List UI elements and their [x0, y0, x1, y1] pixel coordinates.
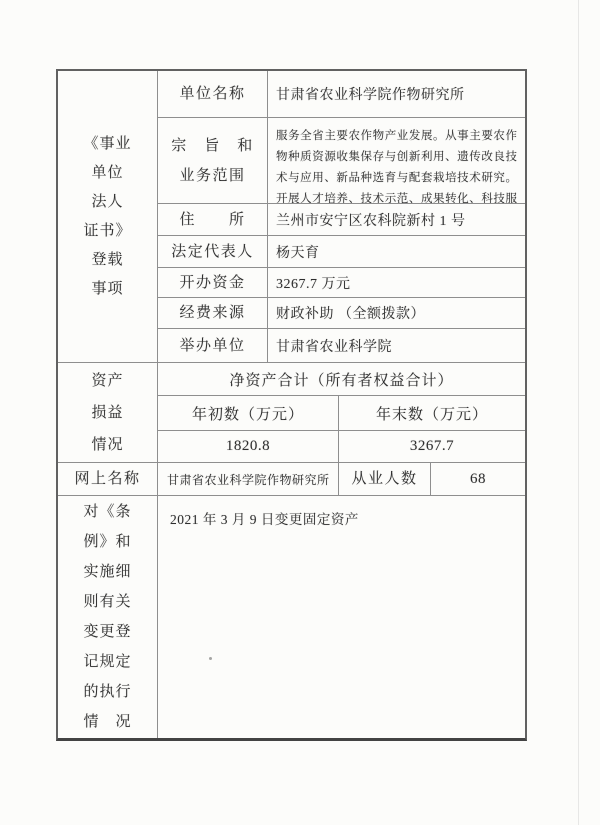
staff-count-value: 68: [431, 463, 525, 496]
assets-section-side-label: 资产 损益 情况: [58, 363, 158, 463]
opening-capital-value: 3267.7 万元: [268, 268, 525, 298]
scan-edge-line: [578, 0, 579, 825]
funding-source-label: 经费来源: [158, 298, 268, 329]
purpose-scope-value: 服务全省主要农作物产业发展。从事主要农作物种质资源收集保存与创新利用、遗传改良技…: [268, 118, 525, 204]
compliance-section-side-label: 对《条 例》和 实施细 则有关 变更登 记规定 的执行 情 况: [58, 496, 158, 738]
sponsor-unit-value: 甘肃省农业科学院: [268, 329, 525, 363]
legal-representative-value: 杨天育: [268, 236, 525, 268]
end-of-year-value: 3267.7: [339, 431, 525, 463]
sponsor-unit-label: 举办单位: [158, 329, 268, 363]
begin-of-year-header: 年初数（万元）: [158, 396, 339, 431]
registration-form-table: 《事业 单位 法人 证书》 登载 事项 单位名称 甘肃省农业科学院作物研究所 宗…: [56, 69, 527, 741]
staff-count-label: 从业人数: [339, 463, 431, 496]
begin-of-year-value: 1820.8: [158, 431, 339, 463]
unit-name-value: 甘肃省农业科学院作物研究所: [268, 71, 525, 118]
certificate-section-side-label: 《事业 单位 法人 证书》 登载 事项: [58, 71, 158, 363]
online-name-label: 网上名称: [58, 463, 158, 496]
end-of-year-header: 年末数（万元）: [339, 396, 525, 431]
unit-name-label: 单位名称: [158, 71, 268, 118]
legal-representative-label: 法定代表人: [158, 236, 268, 268]
address-value: 兰州市安宁区农科院新村 1 号: [268, 204, 525, 236]
form-grid: 《事业 单位 法人 证书》 登载 事项 单位名称 甘肃省农业科学院作物研究所 宗…: [58, 71, 525, 738]
purpose-scope-label: 宗 旨 和 业务范围: [158, 118, 268, 204]
address-label: 住 所: [158, 204, 268, 236]
compliance-value: 2021 年 3 月 9 日变更固定资产: [158, 496, 525, 738]
scanned-document-page: 《事业 单位 法人 证书》 登载 事项 单位名称 甘肃省农业科学院作物研究所 宗…: [0, 0, 600, 825]
net-assets-total-header: 净资产合计（所有者权益合计）: [158, 363, 525, 396]
online-name-value: 甘肃省农业科学院作物研究所: [158, 463, 339, 496]
funding-source-value: 财政补助 （全额拨款）: [268, 298, 525, 329]
opening-capital-label: 开办资金: [158, 268, 268, 298]
